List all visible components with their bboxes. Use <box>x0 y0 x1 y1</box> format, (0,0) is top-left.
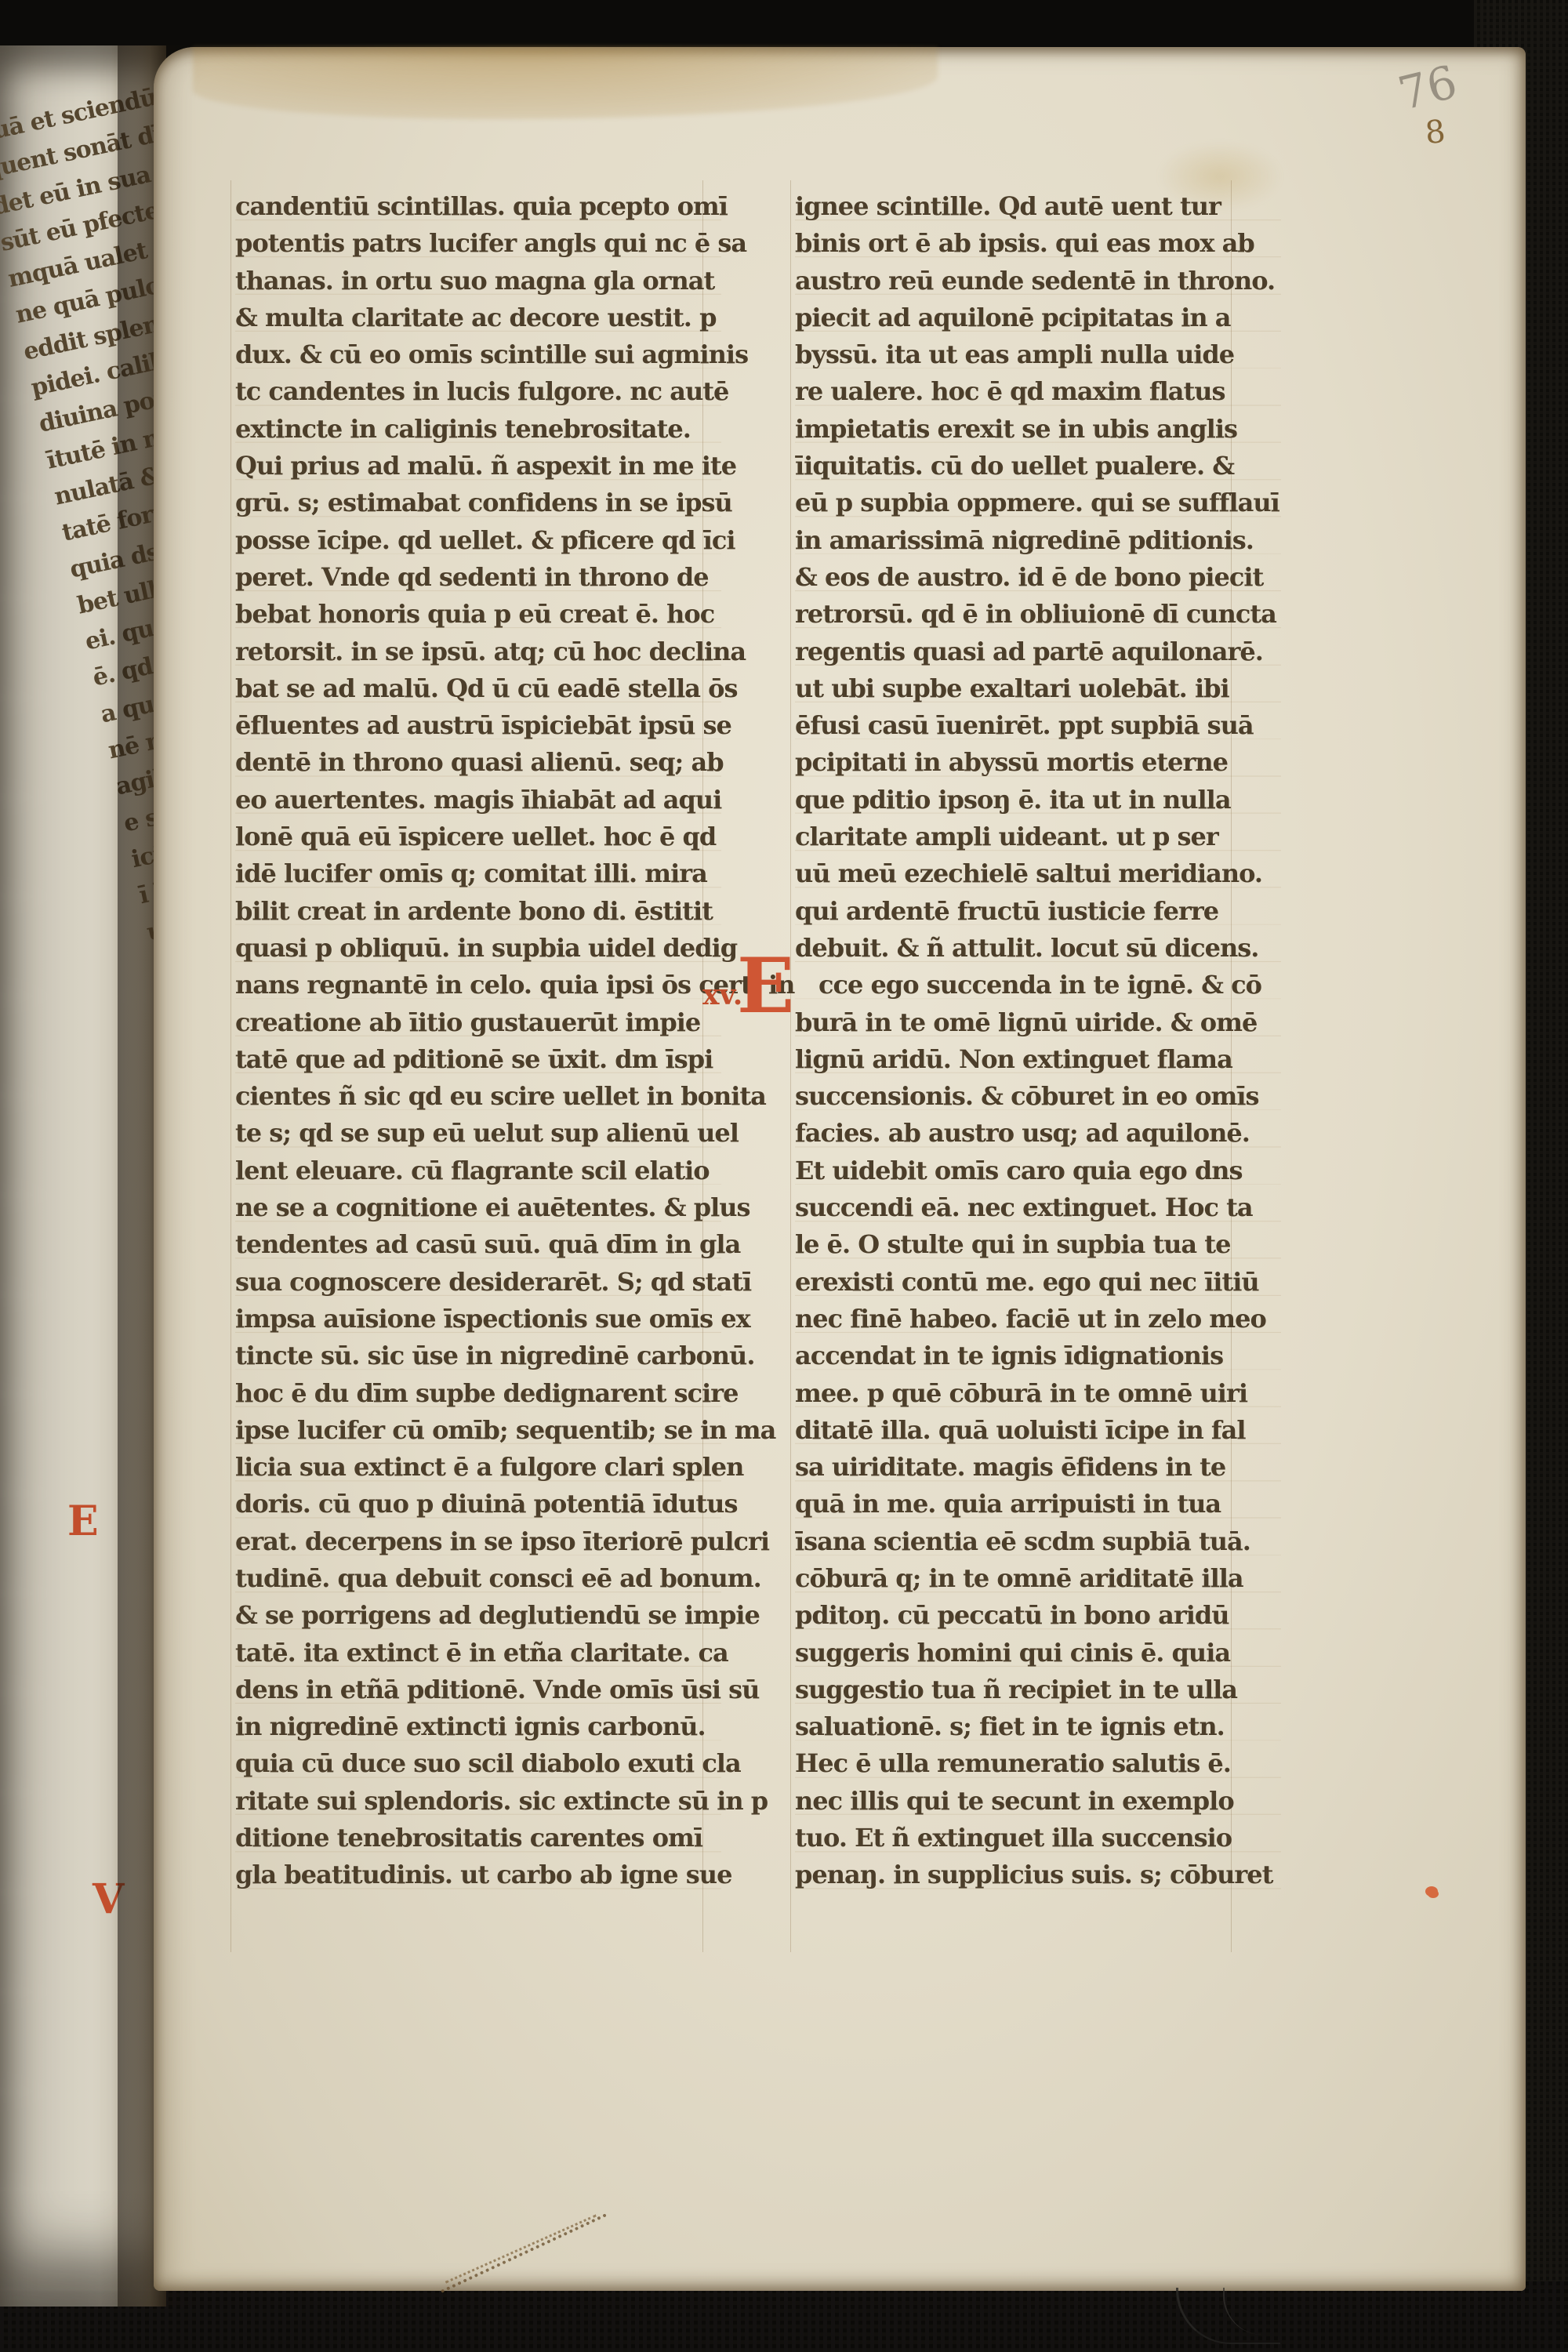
text-line: in amarissimā nigredinē pditionis. <box>795 522 1281 559</box>
parchment-repair-stitching <box>441 2213 607 2293</box>
text-line: claritate ampli uideant. ut p ser <box>795 818 1281 855</box>
text-line: & multa claritate ac decore uestit. p <box>235 299 721 336</box>
text-line: facies. ab austro usq; ad aquilonē. <box>795 1115 1281 1152</box>
text-line: le ē. O stulte qui in supbia tua te <box>795 1226 1281 1263</box>
folio-ink-mark: 8 <box>1424 114 1447 151</box>
text-line: succendi eā. nec extinguet. Hoc ta <box>795 1189 1281 1226</box>
text-line: impsa auīsione īspectionis sue omīs ex <box>235 1301 721 1338</box>
text-line: nec finē habeo. faciē ut in zelo meo <box>795 1301 1281 1338</box>
text-line: pcipitati in abyssū mortis eterne <box>795 744 1281 781</box>
text-line: cientes ñ sic qd eu scire uellet in boni… <box>235 1078 721 1115</box>
text-line: succensionis. & cōburet in eo omīs <box>795 1078 1281 1115</box>
text-line: bat se ad malū. Qd ū cū eadē stella ōs <box>235 670 721 707</box>
text-line: quasi p obliquū. in supbia uidel dedig <box>235 930 721 967</box>
text-line: candentiū scintillas. quia pcepto omī <box>235 188 721 225</box>
text-line: dens in etñā pditionē. Vnde omīs ūsi sū <box>235 1671 721 1708</box>
red-initial-e: E <box>737 949 794 1024</box>
text-line: cōburā q; in te omnē ariditatē illa <box>795 1560 1281 1597</box>
text-line: suggeris homini qui cinis ē. quia <box>795 1635 1281 1671</box>
text-line: suggestio tua ñ recipiet in te ulla <box>795 1671 1281 1708</box>
text-line: sa uiriditate. magis ēfidens in te <box>795 1449 1281 1486</box>
manuscript-photograph: quā et sciendū sit. Vndequent sonāt dīn … <box>0 0 1568 2352</box>
red-pigment-spot <box>1425 1886 1438 1896</box>
text-line: piecit ad aquilonē pcipitatas in a <box>795 299 1281 336</box>
text-line: lignū aridū. Non extinguet flama <box>795 1041 1281 1078</box>
text-line: idē lucifer omīs q; comitat illi. mira <box>235 855 721 892</box>
text-line: dux. & cū eo omīs scintille sui agminis <box>235 336 721 373</box>
text-line: penaŋ. in supplicius suis. s; cōburet <box>795 1857 1281 1893</box>
text-line: gla beatitudinis. ut carbo ab igne sue <box>235 1857 721 1893</box>
text-line: retorsit. in se ipsū. atq; cū hoc declin… <box>235 633 721 670</box>
text-line: creatione ab īitio gustauerūt impie <box>235 1004 721 1041</box>
text-line: ritate sui splendoris. sic extincte sū i… <box>235 1783 721 1820</box>
text-line: accendat in te ignis īdignationis <box>795 1338 1281 1374</box>
text-line: hoc ē du dīm supbe dedignarent scire <box>235 1375 721 1412</box>
text-line: posse īcipe. qd uellet. & pficere qd īci <box>235 522 721 559</box>
text-line: bebat honoris quia p eū creat ē. hoc <box>235 596 721 633</box>
text-line: licia sua extinct ē a fulgore clari sple… <box>235 1449 721 1486</box>
folio-number: 76 <box>1393 55 1462 121</box>
ruling-line <box>230 180 231 1952</box>
text-line: peret. Vnde qd sedenti in throno de <box>235 559 721 596</box>
text-line: ditione tenebrositatis carentes omī <box>235 1820 721 1857</box>
text-line: & eos de austro. id ē de bono piecit <box>795 559 1281 596</box>
text-line: ditatē illa. quā uoluisti īcipe in fal <box>795 1412 1281 1449</box>
text-line: doris. cū quo p diuinā potentiā īdutus <box>235 1486 721 1523</box>
text-line: ne se a cognitione ei auētentes. & plus <box>235 1189 721 1226</box>
text-line: īsana scientia eē scdm supbiā tuā. <box>795 1523 1281 1560</box>
text-line: tudinē. qua debuit consci eē ad bonum. <box>235 1560 721 1597</box>
ruling-line <box>790 180 791 1952</box>
manuscript-page: 76 8 candentiū scintillas. quia pcepto o… <box>154 47 1526 2291</box>
text-line: austro reū eunde sedentē in throno. <box>795 263 1281 299</box>
text-line: grū. s; estimabat confidens in se ipsū <box>235 485 721 521</box>
text-line: eo auertentes. magis īhiabāt ad aqui <box>235 782 721 818</box>
text-line: lonē quā eū īspicere uellet. hoc ē qd <box>235 818 721 855</box>
text-line: qui ardentē fructū iusticie ferre <box>795 893 1281 930</box>
text-line: īiquitatis. cū do uellet pualere. & <box>795 448 1281 485</box>
text-line: tc candentes in lucis fulgore. nc autē <box>235 373 721 410</box>
text-line: Et uidebit omīs caro quia ego dns <box>795 1152 1281 1189</box>
text-line: saluationē. s; fiet in te ignis etn. <box>795 1708 1281 1745</box>
text-line: sua cognoscere desiderarēt. S; qd statī <box>235 1264 721 1301</box>
top-edge-stain <box>193 47 938 119</box>
text-line: re ualere. hoc ē qd maxim flatus <box>795 373 1281 410</box>
red-initial-e-previous-page: E <box>67 1497 99 1545</box>
text-line: Qui prius ad malū. ñ aspexit in me ite <box>235 448 721 485</box>
text-line: Hec ē ulla remuneratio salutis ē. <box>795 1745 1281 1782</box>
text-line: eū p supbia oppmere. qui se sufflauī <box>795 485 1281 521</box>
text-line: potentis patrs lucifer angls qui nc ē sa <box>235 225 721 262</box>
text-line: cce ego succenda in te ignē. & cō <box>795 967 1281 1004</box>
text-line: erat. decerpens in se ipso īteriorē pulc… <box>235 1523 721 1560</box>
text-line: te s; qd se sup eū uelut sup alienū uel <box>235 1115 721 1152</box>
text-line: lent eleuare. cū flagrante scil elatio <box>235 1152 721 1189</box>
text-line: ipse lucifer cū omīb; sequentib; se in m… <box>235 1412 721 1449</box>
text-line: dentē in throno quasi alienū. seq; ab <box>235 744 721 781</box>
text-line: tatē que ad pditionē se ūxit. dm īspi <box>235 1041 721 1078</box>
text-line: debuit. & ñ attulit. locut sū dicens. <box>795 930 1281 967</box>
text-line: & se porrigens ad deglutiendū se impie <box>235 1597 721 1634</box>
text-line: bilit creat in ardente bono di. ēstitit <box>235 893 721 930</box>
text-line: nans regnantē in celo. quia ipsi ōs cert… <box>235 967 721 1004</box>
text-line: nec illis qui te secunt in exemplo <box>795 1783 1281 1820</box>
text-line: burā in te omē lignū uiride. & omē <box>795 1004 1281 1041</box>
text-line: quā in me. quia arripuisti in tua <box>795 1486 1281 1523</box>
black-cloth-bottom <box>0 2281 1568 2352</box>
text-line: ignee scintille. Qd autē uent tur <box>795 188 1281 225</box>
text-line: in nigredinē extincti ignis carbonū. <box>235 1708 721 1745</box>
text-line: tincte sū. sic ūse in nigredinē carbonū. <box>235 1338 721 1374</box>
text-line: que pditio ipsoŋ ē. ita ut in nulla <box>795 782 1281 818</box>
text-line: binis ort ē ab ipsis. qui eas mox ab <box>795 225 1281 262</box>
text-line: tuo. Et ñ extinguet illa succensio <box>795 1820 1281 1857</box>
text-line: pditoŋ. cū peccatū in bono aridū <box>795 1597 1281 1634</box>
text-line: extincte in caliginis tenebrositate. <box>235 411 721 448</box>
text-line: byssū. ita ut eas ampli nulla uide <box>795 336 1281 373</box>
text-line: uū meū ezechielē saltui meridiano. <box>795 855 1281 892</box>
text-line: regentis quasi ad partē aquilonarē. <box>795 633 1281 670</box>
text-line: thanas. in ortu suo magna gla ornat <box>235 263 721 299</box>
text-line: mee. p quē cōburā in te omnē uiri <box>795 1375 1281 1412</box>
text-line: ēfusi casū īuenirēt. ppt supbiā suā <box>795 707 1281 744</box>
right-text-column: ignee scintille. Qd autē uent turbinis o… <box>795 188 1281 1894</box>
text-line: tatē. ita extinct ē in etña claritate. c… <box>235 1635 721 1671</box>
text-line: quia cū duce suo scil diabolo exuti cla <box>235 1745 721 1782</box>
text-line: erexisti contū me. ego qui nec īitiū <box>795 1264 1281 1301</box>
text-line: tendentes ad casū suū. quā dīm in gla <box>235 1226 721 1263</box>
text-line: retrorsū. qd ē in obliuionē dī cuncta <box>795 596 1281 633</box>
text-line: impietatis erexit se in ubis anglis <box>795 411 1281 448</box>
text-line: ut ubi supbe exaltari uolebāt. ibi <box>795 670 1281 707</box>
text-line: ēfluentes ad austrū īspiciebāt ipsū se <box>235 707 721 744</box>
left-text-column: candentiū scintillas. quia pcepto omīpot… <box>235 188 721 1894</box>
